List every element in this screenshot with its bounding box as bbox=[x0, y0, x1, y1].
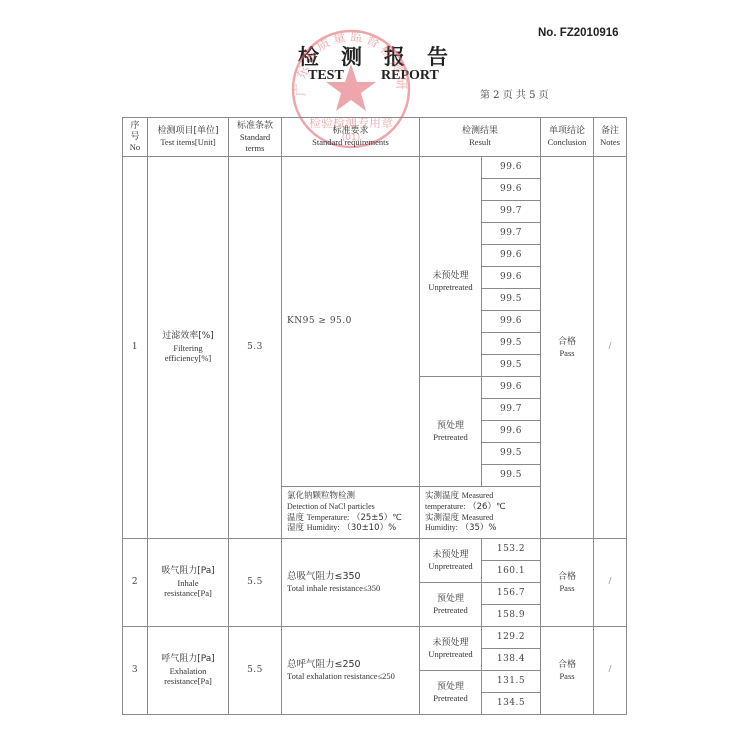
value-text: 99.5 bbox=[500, 448, 522, 458]
label-cn: 标准要求 bbox=[332, 126, 368, 136]
table-row-exhalation-resistance: 3呼气阻力[Pa]Exhalationresistance[Pa]5.5总呼气阻… bbox=[123, 627, 627, 715]
result-value: 99.6 bbox=[482, 377, 541, 399]
label-en: efficiency[%] bbox=[148, 353, 228, 364]
label-cn: 检测项目[单位] bbox=[157, 126, 218, 136]
header-terms: 标准条款Standard terms bbox=[229, 118, 282, 157]
result-value: 99.6 bbox=[482, 157, 541, 179]
label-cn: 未预处理 bbox=[432, 271, 468, 281]
result-value: 129.2 bbox=[482, 627, 541, 649]
label-en: Test items[Unit] bbox=[148, 137, 228, 148]
label-en: Humidity: bbox=[307, 523, 340, 532]
label-cn: 预处理 bbox=[437, 594, 464, 604]
label-cn: 湿度 bbox=[287, 523, 304, 533]
label-cn: 过滤效率[%] bbox=[162, 331, 214, 341]
value-text: 99.6 bbox=[500, 162, 522, 172]
notes: / bbox=[594, 539, 627, 627]
result-value: 160.1 bbox=[482, 561, 541, 583]
result-value: 99.6 bbox=[482, 179, 541, 201]
standard-requirement: 总吸气阻力≤350Total inhale resistance≤350 bbox=[282, 539, 420, 627]
label-cn: 温度 bbox=[287, 513, 304, 523]
standard-requirement: KN95 ≥ 95.0 bbox=[282, 157, 420, 487]
value-text: 138.4 bbox=[497, 654, 525, 664]
value-text: 99.6 bbox=[500, 316, 522, 326]
standard-terms: 5.5 bbox=[229, 627, 282, 715]
value-text: 99.5 bbox=[500, 338, 522, 348]
header-requirements: 标准要求Standard requirements bbox=[282, 118, 420, 157]
label-en: Pass bbox=[541, 583, 593, 594]
unpretreated-label: 未预处理Unpretreated bbox=[420, 157, 482, 377]
label-cn: / bbox=[609, 576, 612, 587]
table-header-row: 序号No 检测项目[单位]Test items[Unit] 标准条款Standa… bbox=[123, 118, 627, 157]
label-en: resistance[Pa] bbox=[148, 676, 228, 687]
result-value: 99.6 bbox=[482, 245, 541, 267]
label-en: Filtering bbox=[148, 343, 228, 354]
label-en: Measured bbox=[462, 513, 494, 522]
value-text: 99.7 bbox=[500, 206, 522, 216]
label-en: Standard terms bbox=[235, 132, 275, 153]
result-value: 99.5 bbox=[482, 355, 541, 377]
row-number: 3 bbox=[123, 627, 148, 715]
test-results-table: 序号No 检测项目[单位]Test items[Unit] 标准条款Standa… bbox=[122, 117, 627, 715]
label-cn: 吸气阻力[Pa] bbox=[161, 566, 215, 576]
label-cn: 预处理 bbox=[437, 421, 464, 431]
result-value: 99.5 bbox=[482, 289, 541, 311]
label-cn: / bbox=[609, 341, 612, 352]
value-text: 129.2 bbox=[497, 632, 525, 642]
label-en: Unpretreated bbox=[420, 649, 481, 660]
header-item: 检测项目[单位]Test items[Unit] bbox=[148, 118, 229, 157]
standard-requirement: 总呼气阻力≤250Total exhalation resistance≤250 bbox=[282, 627, 420, 715]
row-number: 1 bbox=[123, 157, 148, 539]
label-cn: 检测结果 bbox=[462, 126, 498, 136]
label-cn: 合格 bbox=[558, 572, 576, 582]
label-en: Pass bbox=[541, 348, 593, 359]
label-cn: 实测温度 bbox=[425, 491, 459, 501]
value-text: 156.7 bbox=[497, 588, 525, 598]
label-cn: 备注 bbox=[601, 126, 619, 136]
result-value: 99.7 bbox=[482, 399, 541, 421]
result-value: 99.5 bbox=[482, 465, 541, 487]
label-en: temperature: bbox=[425, 502, 465, 511]
label-en: Result bbox=[420, 137, 540, 148]
value-text: 158.9 bbox=[497, 610, 525, 620]
result-value: 134.5 bbox=[482, 693, 541, 715]
label-en: Unpretreated bbox=[420, 561, 481, 572]
label-cn: （30±10）% bbox=[342, 523, 396, 533]
label-cn: 氯化钠颗粒物检测 bbox=[287, 491, 355, 501]
label-cn: 实测湿度 bbox=[425, 513, 459, 523]
label-cn: 呼气阻力[Pa] bbox=[161, 654, 215, 664]
value-text: 99.7 bbox=[500, 228, 522, 238]
result-value: 99.6 bbox=[482, 311, 541, 333]
standard-terms: 5.3 bbox=[229, 157, 282, 539]
label-cn: （35）% bbox=[461, 523, 497, 533]
label-en: Pretreated bbox=[420, 432, 481, 443]
label-en: Conclusion bbox=[541, 137, 593, 148]
pretreated-label: 预处理Pretreated bbox=[420, 671, 482, 715]
test-condition: 氯化钠颗粒物检测Detection of NaCl particles温度 Te… bbox=[282, 487, 420, 539]
test-item: 呼气阻力[Pa]Exhalationresistance[Pa] bbox=[148, 627, 229, 715]
conclusion: 合格Pass bbox=[541, 627, 594, 715]
table-row: 2吸气阻力[Pa]Inhaleresistance[Pa]5.5总吸气阻力≤35… bbox=[123, 539, 627, 561]
label-en: Exhalation bbox=[148, 666, 228, 677]
label-cn: 合格 bbox=[558, 337, 576, 347]
test-item: 吸气阻力[Pa]Inhaleresistance[Pa] bbox=[148, 539, 229, 627]
result-value: 99.7 bbox=[482, 223, 541, 245]
conclusion: 合格Pass bbox=[541, 157, 594, 539]
label-en: No bbox=[123, 142, 147, 153]
label-en: Pretreated bbox=[420, 605, 481, 616]
header-no: 序号No bbox=[123, 118, 148, 157]
label-cn: 单项结论 bbox=[549, 126, 585, 136]
value-text: 99.5 bbox=[500, 360, 522, 370]
table-row-inhale-resistance: 2吸气阻力[Pa]Inhaleresistance[Pa]5.5总吸气阻力≤35… bbox=[123, 539, 627, 627]
result-value: 131.5 bbox=[482, 671, 541, 693]
label-en: Total exhalation resistance≤250 bbox=[287, 671, 419, 682]
label-en: Total inhale resistance≤350 bbox=[287, 583, 419, 594]
table-row: 3呼气阻力[Pa]Exhalationresistance[Pa]5.5总呼气阻… bbox=[123, 627, 627, 649]
label-en: Notes bbox=[594, 137, 626, 148]
label-en: Pretreated bbox=[420, 693, 481, 704]
result-value: 99.5 bbox=[482, 443, 541, 465]
label-en: Standard requirements bbox=[282, 137, 419, 148]
value-text: 99.6 bbox=[500, 250, 522, 260]
value-text: 134.5 bbox=[497, 698, 525, 708]
value-text: 5.5 bbox=[247, 577, 263, 587]
header-notes: 备注Notes bbox=[594, 118, 627, 157]
title-en-test: TEST bbox=[308, 68, 344, 84]
label-en: Inhale bbox=[148, 578, 228, 589]
value-text: 99.6 bbox=[500, 426, 522, 436]
result-value: 138.4 bbox=[482, 649, 541, 671]
notes: / bbox=[594, 627, 627, 715]
label-en: Humidity: bbox=[425, 523, 458, 532]
pretreated-label: 预处理Pretreated bbox=[420, 377, 482, 487]
test-item: 过滤效率[%]Filteringefficiency[%] bbox=[148, 157, 229, 539]
row-number: 2 bbox=[123, 539, 148, 627]
result-value: 99.7 bbox=[482, 201, 541, 223]
report-number: No. FZ2010916 bbox=[538, 27, 619, 39]
label-cn: （26）℃ bbox=[468, 502, 505, 512]
value-text: KN95 ≥ 95.0 bbox=[287, 316, 352, 326]
header-conclusion: 单项结论Conclusion bbox=[541, 118, 594, 157]
table-row-filtering-efficiency: 1过滤效率[%]Filteringefficiency[%]5.3KN95 ≥ … bbox=[123, 157, 627, 539]
label-cn: / bbox=[609, 664, 612, 675]
title-cn: 检测报告 bbox=[298, 41, 470, 71]
value-text: 131.5 bbox=[497, 676, 525, 686]
result-value: 99.6 bbox=[482, 267, 541, 289]
label-en: Unpretreated bbox=[420, 282, 481, 293]
label-cn: 预处理 bbox=[437, 682, 464, 692]
value-text: 1 bbox=[132, 342, 138, 352]
label-en: Measured bbox=[462, 491, 494, 500]
result-value: 99.6 bbox=[482, 421, 541, 443]
conclusion: 合格Pass bbox=[541, 539, 594, 627]
value-text: 5.5 bbox=[247, 665, 263, 675]
label-en: Temperature: bbox=[307, 513, 350, 522]
label-cn: 未预处理 bbox=[432, 550, 468, 560]
value-text: 99.6 bbox=[500, 382, 522, 392]
notes: / bbox=[594, 157, 627, 539]
value-text: 99.6 bbox=[500, 272, 522, 282]
label-en: resistance[Pa] bbox=[148, 588, 228, 599]
page-info: 第 2 页 共 5 页 bbox=[480, 86, 549, 101]
value-text: 2 bbox=[132, 577, 138, 587]
result-value: 153.2 bbox=[482, 539, 541, 561]
value-text: 99.6 bbox=[500, 184, 522, 194]
result-value: 156.7 bbox=[482, 583, 541, 605]
label-en: Pass bbox=[541, 671, 593, 682]
label-en: Detection of NaCl particles bbox=[287, 502, 375, 511]
value-text: 99.5 bbox=[500, 294, 522, 304]
value-text: 99.7 bbox=[500, 404, 522, 414]
label-cn: 合格 bbox=[558, 660, 576, 670]
value-text: 160.1 bbox=[497, 566, 525, 576]
value-text: 153.2 bbox=[497, 544, 525, 554]
value-text: 99.5 bbox=[500, 470, 522, 480]
pretreated-label: 预处理Pretreated bbox=[420, 583, 482, 627]
label-cn: 总吸气阻力≤350 bbox=[287, 571, 361, 582]
measured-condition: 实测温度 Measuredtemperature: （26）℃实测湿度 Meas… bbox=[420, 487, 541, 539]
value-text: 3 bbox=[132, 665, 138, 675]
unpretreated-label: 未预处理Unpretreated bbox=[420, 539, 482, 583]
value-text: 5.3 bbox=[247, 342, 263, 352]
label-cn: 总呼气阻力≤250 bbox=[287, 659, 361, 670]
unpretreated-label: 未预处理Unpretreated bbox=[420, 627, 482, 671]
label-cn: （25±5）℃ bbox=[352, 513, 402, 523]
header-result: 检测结果Result bbox=[420, 118, 541, 157]
label-cn: 标准条款 bbox=[237, 121, 273, 131]
result-value: 99.5 bbox=[482, 333, 541, 355]
label-cn: 序号 bbox=[130, 121, 140, 142]
title-en-report: REPORT bbox=[381, 68, 439, 84]
standard-terms: 5.5 bbox=[229, 539, 282, 627]
table-row: 1过滤效率[%]Filteringefficiency[%]5.3KN95 ≥ … bbox=[123, 157, 627, 179]
label-cn: 未预处理 bbox=[432, 638, 468, 648]
result-value: 158.9 bbox=[482, 605, 541, 627]
